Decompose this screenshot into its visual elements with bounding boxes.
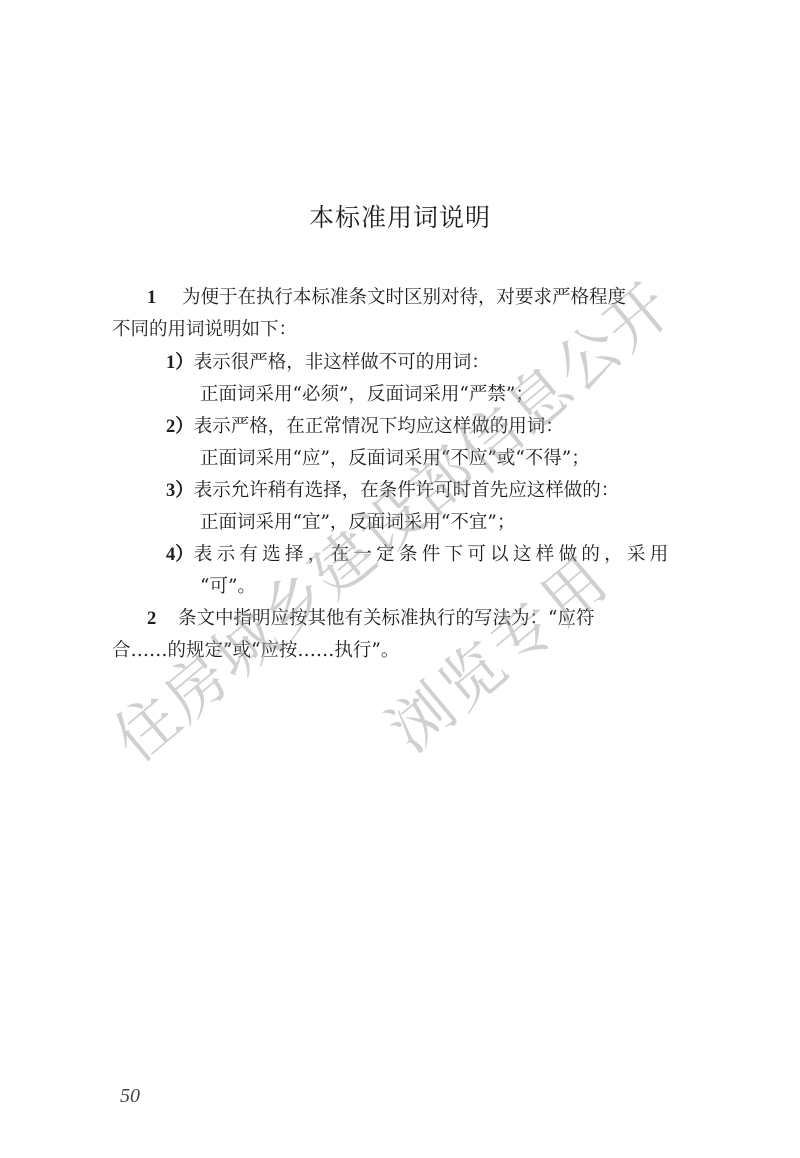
item-text: 表示严格，在正常情况下均应这样做的用词： <box>194 416 564 437</box>
clause-number: 1 <box>147 288 156 308</box>
document-page: 本标准用词说明 1 为便于在执行本标准条文时区别对待，对要求严格程度 不同的用词… <box>0 0 800 1158</box>
clause-1-line-1: 1 为便于在执行本标准条文时区别对待，对要求严格程度 <box>147 286 626 310</box>
clause-1-line-2: 不同的用词说明如下： <box>112 318 297 342</box>
list-item-2-line-2: 正面词采用“应”，反面词采用“不应”或“不得”； <box>200 447 590 471</box>
clause-number: 2 <box>147 609 156 629</box>
list-item-3-line-2: 正面词采用“宜”，反面词采用“不宜”； <box>200 511 515 535</box>
page-number: 50 <box>120 1085 140 1108</box>
item-text: 表示允许稍有选择，在条件许可时首先应这样做的： <box>194 480 620 501</box>
clause-text: 为便于在执行本标准条文时区别对待，对要求严格程度 <box>182 287 626 308</box>
list-item-3-line-1: 3）表示允许稍有选择，在条件许可时首先应这样做的： <box>166 479 619 503</box>
item-number: 1） <box>166 353 194 373</box>
list-item-1-line-2: 正面词采用“必须”，反面词采用“严禁”； <box>200 383 534 407</box>
list-item-4-line-2: “可”。 <box>200 575 256 599</box>
item-number: 3） <box>166 481 194 501</box>
item-number: 2） <box>166 417 194 437</box>
clause-text: 条文中指明应按其他有关标准执行的写法为：“应符 <box>178 608 594 629</box>
list-item-4-line-1: 4）表示有选择，在一定条件下可以这样做的，采用 <box>166 543 673 567</box>
list-item-1-line-1: 1）表示很严格，非这样做不可的用词： <box>166 351 490 375</box>
item-text: 表示很严格，非这样做不可的用词： <box>194 352 490 373</box>
clause-2-line-2: 合……的规定”或“应按……执行”。 <box>112 639 399 663</box>
page-title: 本标准用词说明 <box>0 198 800 234</box>
item-number: 4） <box>166 545 194 565</box>
item-text: 表示有选择，在一定条件下可以这样做的，采用 <box>194 544 673 565</box>
list-item-2-line-1: 2）表示严格，在正常情况下均应这样做的用词： <box>166 415 564 439</box>
clause-2-line-1: 2 条文中指明应按其他有关标准执行的写法为：“应符 <box>147 607 595 631</box>
